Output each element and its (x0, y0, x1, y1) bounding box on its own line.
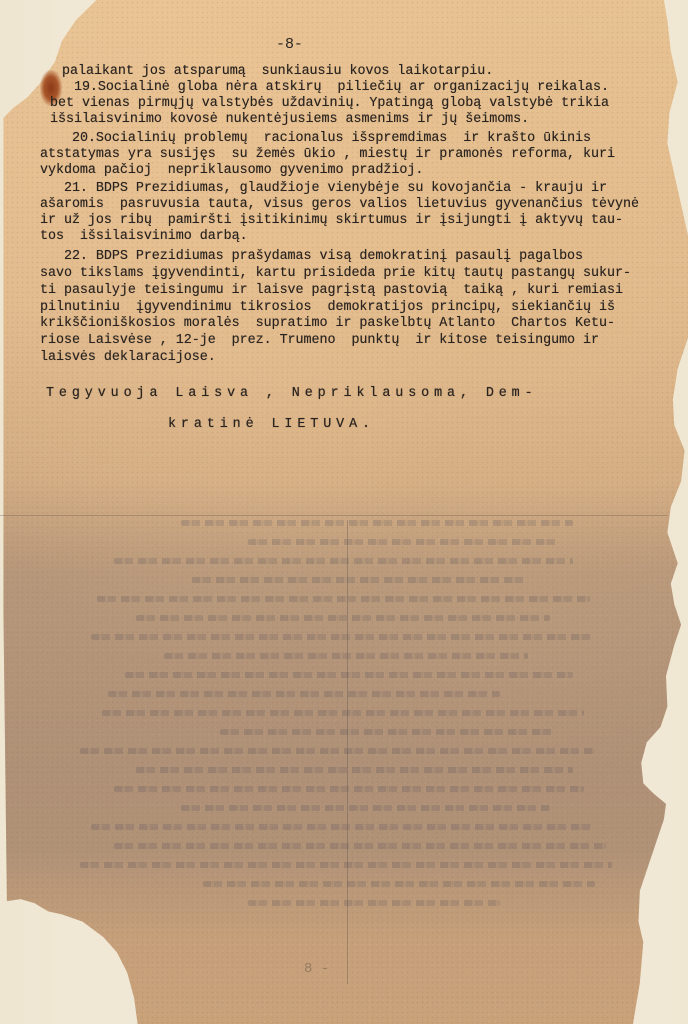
paragraph-22-line: 22. BDPS Prezidiumas prašydamas visą dem… (40, 249, 583, 265)
text-line: krikščioniškosios moralės supratimo ir p… (40, 316, 615, 332)
text-line: palaikant jos atsparumą sunkiausiu kovos… (62, 64, 493, 80)
text-line: vykdoma pačioj nepriklausomo gyvenimo pr… (40, 163, 423, 179)
text-line: savo tikslams įgyvendinti, kartu priside… (40, 266, 631, 282)
closing-slogan-line-1: Tegyvuoja Laisva , Nepriklausoma, Dem- (46, 386, 538, 401)
horizontal-fold-crease (0, 515, 668, 516)
paragraph-21-line: 21. BDPS Prezidiumas, glaudžioje vienybė… (40, 181, 607, 197)
text-line: pilnutiniu įgyvendinimu tikrosios demokr… (40, 300, 615, 316)
closing-slogan-line-2: kratinė LIETUVA. (168, 417, 375, 432)
paragraph-20-line: 20.Socialinių problemų racionalus išspre… (48, 131, 591, 147)
text-line: tos išsilaisvinimo darbą. (40, 229, 248, 245)
text-line: ašaromis pasruvusia tauta, visus geros v… (40, 197, 639, 213)
text-line: ti pasaulyje teisingumu ir laisve pagrįs… (40, 283, 623, 299)
text-line: laisvės deklaracijose. (40, 350, 216, 366)
text-line: išsilaisvinimo kovosė nukentėjusiems asm… (50, 112, 529, 128)
text-line: ir už jos ribų pamiršti įsitikinimų skir… (40, 213, 623, 229)
text-line: riose Laisvėse , 12-je prez. Trumeno pun… (40, 333, 599, 349)
faded-page-mark: 8 - (304, 961, 329, 977)
text-line: atstatymas yra susijęs su žemės ūkio , m… (40, 147, 615, 163)
paragraph-19-line: 19.Socialinė globa nėra atskirų piliečių… (50, 80, 609, 96)
text-line: bet vienas pirmųjų valstybės uždavinių. … (50, 96, 609, 112)
page-number: -8- (276, 36, 303, 53)
reverse-side-show-through (80, 520, 640, 940)
